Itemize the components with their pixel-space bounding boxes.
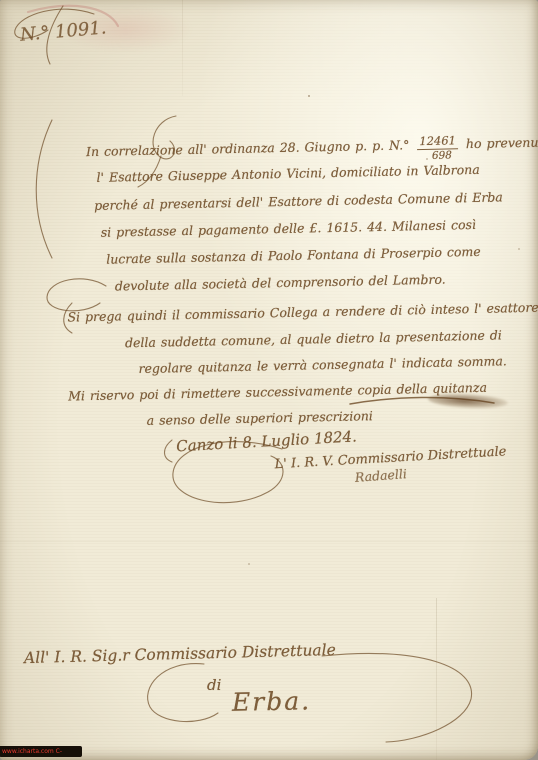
manuscript-line: regolare quitanza le verrà consegnata l'…: [138, 353, 506, 376]
dealer-watermark-label: www.icharta.com C-091684: [0, 746, 82, 757]
manuscript-line: Mi riservo poi di rimettere successivame…: [68, 380, 487, 404]
manuscript-line: a senso delle superiori prescrizioni: [147, 408, 373, 428]
manuscript-line: si prestasse al pagamento delle £. 1615.…: [101, 217, 477, 240]
address-recipient-city: Erba.: [232, 686, 312, 716]
manuscript-line: lucrate sulla sostanza di Paolo Fontana …: [106, 244, 481, 267]
manuscript-line: Si prega quindi il commissario Collega a…: [67, 300, 538, 325]
manuscript-line: della suddetta comune, al quale dietro l…: [125, 327, 502, 350]
manuscript-letter-scan: N.° 1091. In correlazione all' ordinanza…: [0, 0, 538, 760]
dateline: Canzo li 8. Luglio 1824.: [176, 427, 358, 455]
signature: Radaelli: [354, 466, 407, 485]
manuscript-line: In correlazione all' ordinanza 28. Giugn…: [86, 130, 538, 165]
address-line: di: [207, 676, 221, 694]
line1-text-pre: In correlazione all' ordinanza 28. Giugn…: [86, 137, 410, 159]
fraction-numerator: 12461: [417, 135, 458, 149]
protocol-number-fraction: 12461698: [417, 135, 458, 161]
fraction-denominator: 698: [417, 149, 458, 161]
manuscript-line: perché al presentarsi dell' Esattore di …: [94, 189, 503, 213]
line1-text-post: ho prevenuto: [466, 134, 538, 151]
manuscript-line: devolute alla società del comprensorio d…: [115, 272, 446, 294]
manuscript-line: l' Esattore Giuseppe Antonio Vicini, dom…: [96, 162, 479, 185]
